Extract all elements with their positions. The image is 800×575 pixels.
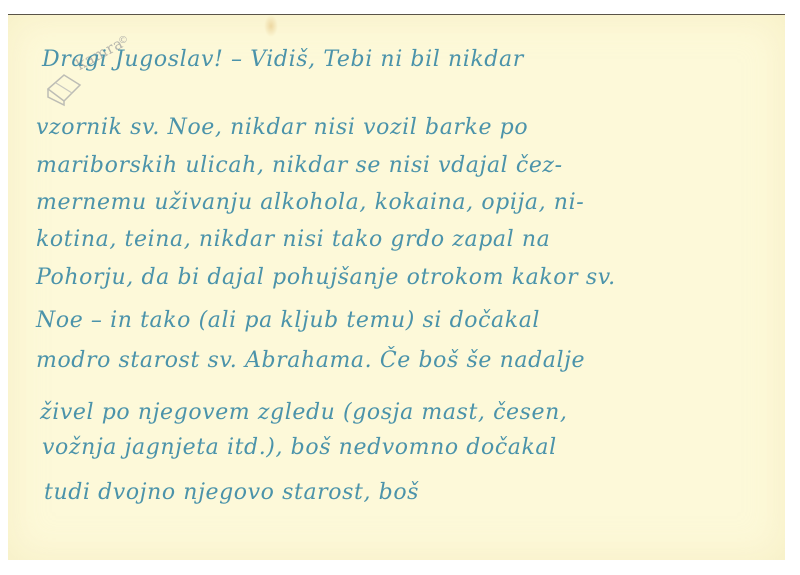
letter-line-9: živel po njegovem zgledu (gosja mast, če… [40,400,567,425]
letter-line-6: Pohorju, da bi dajal pohujšanje otrokom … [36,265,616,290]
letter-line-4: mernemu uživanju alkohola, kokaina, opij… [36,190,584,215]
letter-line-3: mariborskih ulicah, nikdar se nisi vdaja… [36,153,563,178]
letter-line-8: modro starost sv. Abrahama. Če boš še na… [36,348,585,373]
letter-line-11: tudi dvojno njegovo starost, boš [44,480,419,505]
letter-line-10: vožnja jagnjeta itd.), boš nedvomno doča… [42,435,557,460]
postcard: © kamra Dragi Jugoslav! – Vidiš, Tebi ni… [8,14,785,560]
handwritten-letter: Dragi Jugoslav! – Vidiš, Tebi ni bil nik… [8,15,785,560]
letter-line-5: kotina, teina, nikdar nisi tako grdo zap… [36,227,550,252]
letter-line-2: vzornik sv. Noe, nikdar nisi vozil barke… [36,115,528,140]
letter-line-7: Noe – in tako (ali pa kljub temu) si doč… [36,308,540,333]
letter-line-1: Dragi Jugoslav! – Vidiš, Tebi ni bil nik… [42,47,524,72]
